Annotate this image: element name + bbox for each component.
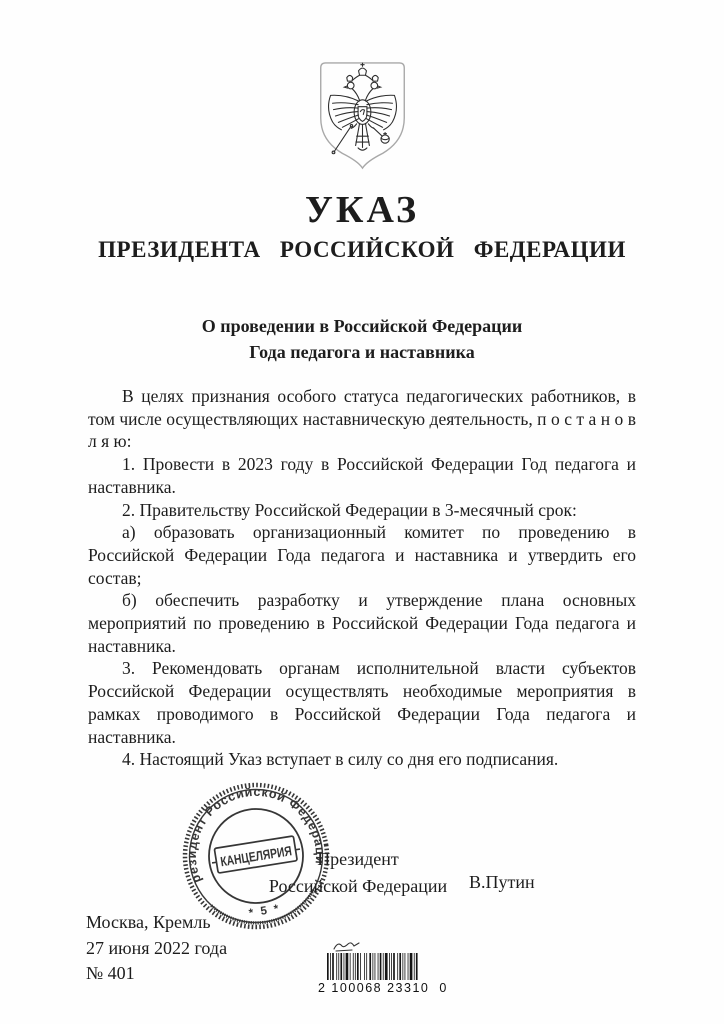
- document-issuer-title: ПРЕЗИДЕНТА РОССИЙСКОЙ ФЕДЕРАЦИИ: [0, 237, 724, 263]
- paragraph-item-2a: а) образовать организационный комитет по…: [88, 521, 636, 589]
- stamp-ring-text: Президент Российской Федерации: [176, 776, 329, 887]
- subject-line-2: Года педагога и наставника: [0, 339, 724, 365]
- paragraph-item-4: 4. Настоящий Указ вступает в силу со дня…: [88, 748, 636, 771]
- paragraph-item-2: 2. Правительству Российской Федерации в …: [88, 499, 636, 522]
- double-headed-eagle: [329, 63, 397, 154]
- issuance-block: Москва, Кремль 27 июня 2022 года № 401: [86, 910, 227, 987]
- paragraph-item-1: 1. Провести в 2023 году в Российской Фед…: [88, 453, 636, 498]
- issuance-place: Москва, Кремль: [86, 910, 227, 936]
- subject-line-1: О проведении в Российской Федерации: [0, 313, 724, 339]
- decree-document-page: УКАЗ ПРЕЗИДЕНТА РОССИЙСКОЙ ФЕДЕРАЦИИ О п…: [0, 0, 724, 1024]
- registration-barcode-icon: [327, 953, 419, 980]
- decree-body: В целях признания особого статуса педаго…: [88, 385, 636, 771]
- document-title: УКАЗ: [0, 188, 724, 232]
- issuance-date: 27 июня 2022 года: [86, 936, 227, 962]
- paragraph-preamble: В целях признания особого статуса педаго…: [88, 385, 636, 453]
- paragraph-item-3: 3. Рекомендовать органам исполнительной …: [88, 657, 636, 748]
- shield-outline: [321, 63, 405, 168]
- decree-subject: О проведении в Российской Федерации Года…: [0, 313, 724, 365]
- pen-mark-icon: [333, 938, 361, 954]
- stamp-bottom-number: * 5 *: [248, 903, 281, 920]
- issuance-number: № 401: [86, 961, 227, 987]
- signature-name: В.Путин: [469, 872, 535, 893]
- paragraph-item-2b: б) обеспечить разработку и утверждение п…: [88, 589, 636, 657]
- russian-coat-of-arms-icon: [315, 60, 410, 173]
- barcode-digits: 2 100068 23310 0: [318, 981, 430, 995]
